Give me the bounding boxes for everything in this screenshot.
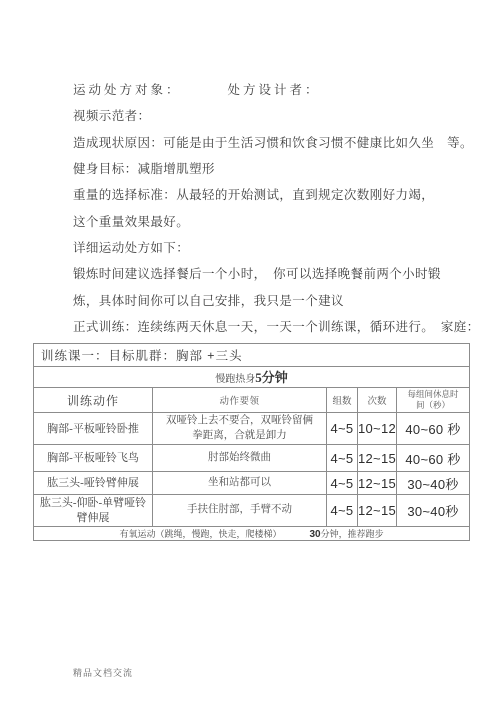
header-sets: 组数: [327, 388, 358, 413]
exercise-name: 胸部-平板哑铃飞鸟: [34, 445, 153, 472]
exercise-sets: 4~5: [327, 445, 358, 472]
exercise-reps: 12~15: [358, 445, 397, 472]
header-reps: 次数: [358, 388, 397, 413]
line-weight-standard-2: 这个重量效果最好。: [73, 207, 473, 233]
exercise-reps: 10~12: [358, 413, 397, 445]
table-row-headers: 训练动作 动作要领 组数 次数 每组间休息时间（秒）: [34, 388, 470, 413]
line-time-advice: 锻炼时间建议选择餐后一个小时， 你可以选择晚餐前两个小时锻: [73, 260, 473, 286]
line-subject-designer: 运动处方对象： 处方设计者：: [73, 76, 473, 102]
warmup-duration: 5分钟: [255, 370, 288, 385]
aerobic-cell: 有氧运动（跳绳，慢跑，快走，爬楼梯）30分钟，推荐跑步: [34, 526, 470, 540]
exercise-name: 肱三头-哑铃臂伸展: [34, 472, 153, 495]
exercise-points: 坐和站都可以: [153, 472, 327, 495]
exercise-sets: 4~5: [327, 472, 358, 495]
designer-label: 处方设计者：: [228, 80, 321, 98]
exercise-rest: 30~40秒: [397, 472, 470, 495]
training-table: 训练课一：目标肌群：胸部 +三头 慢跑热身5分钟 训练动作 动作要领 组数 次数…: [33, 343, 470, 541]
exercise-sets: 4~5: [327, 413, 358, 445]
course-title-pre: 训练课一：目标肌群：胸部: [41, 349, 207, 363]
warmup-prefix: 慢跑热身: [215, 374, 255, 385]
plus-sign: +: [207, 348, 215, 363]
line-goal: 健身目标：减脂增肌塑形: [73, 155, 473, 181]
header-rest: 每组间休息时间（秒）: [397, 388, 470, 413]
exercise-points: 手扶住肘部，手臂不动: [153, 495, 327, 527]
table-row-exercise-2: 胸部-平板哑铃飞鸟 肘部始终微曲 4~5 12~15 40~60 秒: [34, 445, 470, 472]
watermark-text: 精品文档交流: [73, 666, 133, 679]
line-detail-intro: 详细运动处方如下：: [73, 234, 473, 260]
course-title-cell: 训练课一：目标肌群：胸部 +三头: [34, 344, 470, 367]
exercise-sets: 4~5: [327, 495, 358, 527]
line-time-advice-2: 炼，具体时间你可以自己安排，我只是一个建议: [73, 286, 473, 312]
line-video-demo: 视频示范者：: [73, 102, 473, 128]
table-row-exercise-1: 胸部-平板哑铃卧推 双哑铃上去不要合，双哑铃留俩拳距离，合就是卸力 4~5 10…: [34, 413, 470, 445]
line-cause: 造成现状原因：可能是由于生活习惯和饮食习惯不健康比如久坐 等。: [73, 129, 473, 155]
course-title-post: 三头: [216, 349, 243, 363]
exercise-name: 肱三头-仰卧-单臂哑铃臂伸展: [34, 495, 153, 527]
aerobic-suffix: 分钟，推荐跑步: [321, 529, 384, 539]
document-page: { "prescription": { "subject_label": "运动…: [0, 0, 500, 708]
exercise-rest: 30~40秒: [397, 495, 470, 527]
subject-label: 运动处方对象：: [73, 80, 182, 98]
table-row-course-title: 训练课一：目标肌群：胸部 +三头: [34, 344, 470, 367]
warmup-cell: 慢跑热身5分钟: [34, 367, 470, 388]
table-row-exercise-4: 肱三头-仰卧-单臂哑铃臂伸展 手扶住肘部，手臂不动 4~5 12~15 30~4…: [34, 495, 470, 527]
header-points: 动作要领: [153, 388, 327, 413]
table-row-aerobic: 有氧运动（跳绳，慢跑，快走，爬楼梯）30分钟，推荐跑步: [34, 526, 470, 540]
exercise-points: 双哑铃上去不要合，双哑铃留俩拳距离，合就是卸力: [153, 413, 327, 445]
table-row-warmup: 慢跑热身5分钟: [34, 367, 470, 388]
exercise-rest: 40~60 秒: [397, 413, 470, 445]
exercise-points: 肘部始终微曲: [153, 445, 327, 472]
prescription-text-block: 运动处方对象： 处方设计者： 视频示范者： 造成现状原因：可能是由于生活习惯和饮…: [73, 76, 473, 339]
exercise-reps: 12~15: [358, 472, 397, 495]
line-weight-standard: 重量的选择标准：从最轻的开始测试，直到规定次数刚好力竭，: [73, 181, 473, 207]
exercise-rest: 40~60 秒: [397, 445, 470, 472]
table-row-exercise-3: 肱三头-哑铃臂伸展 坐和站都可以 4~5 12~15 30~40秒: [34, 472, 470, 495]
exercise-name: 胸部-平板哑铃卧推: [34, 413, 153, 445]
aerobic-text: 有氧运动（跳绳，慢跑，快走，爬楼梯）: [119, 529, 281, 539]
exercise-reps: 12~15: [358, 495, 397, 527]
aerobic-number: 30: [309, 529, 320, 540]
header-action: 训练动作: [34, 388, 153, 413]
line-formal-training: 正式训练：连续练两天休息一天，一天一个训练课，循环进行。 家庭：: [73, 313, 473, 339]
